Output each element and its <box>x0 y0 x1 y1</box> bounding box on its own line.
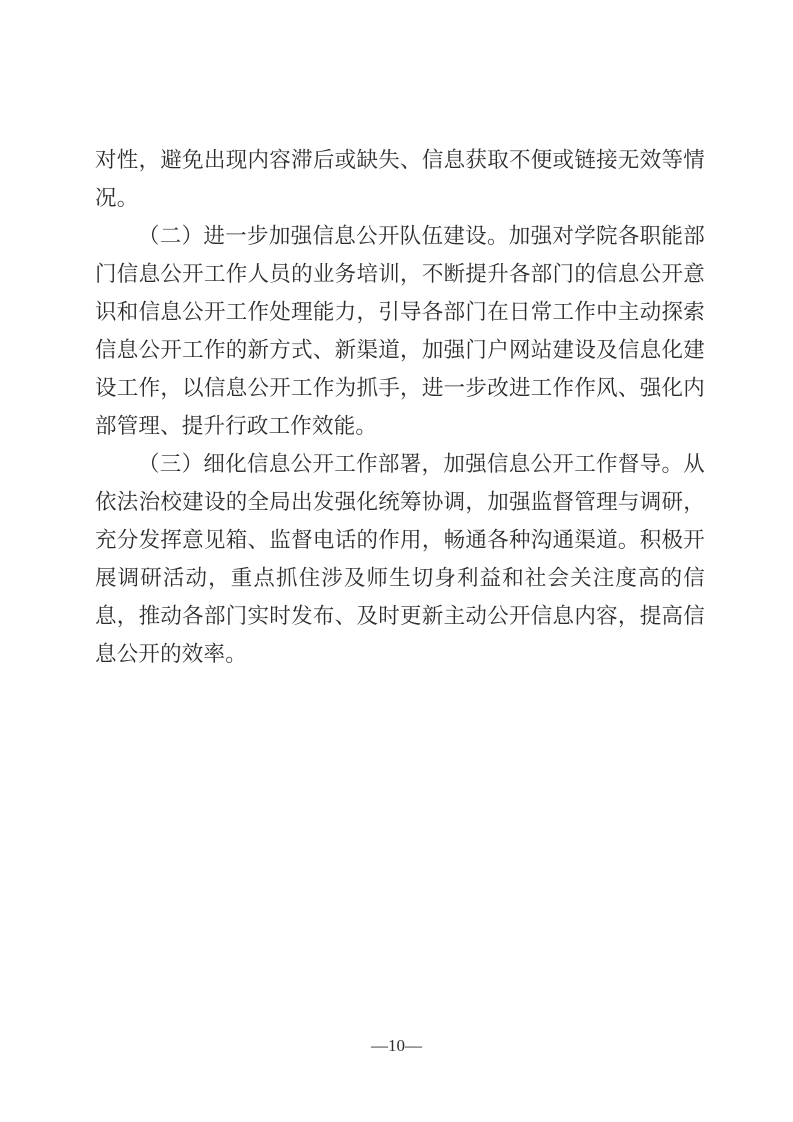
page-footer: —10— <box>0 1036 793 1056</box>
document-body: 对性，避免出现内容滞后或缺失、信息获取不便或链接无效等情况。 （二）进一步加强信… <box>95 141 705 673</box>
page-number: —10— <box>371 1036 422 1055</box>
paragraph-continuation: 对性，避免出现内容滞后或缺失、信息获取不便或链接无效等情况。 <box>95 141 705 217</box>
paragraph-item-2: （二）进一步加强信息公开队伍建设。加强对学院各职能部门信息公开工作人员的业务培训… <box>95 217 705 445</box>
paragraph-item-3: （三）细化信息公开工作部署，加强信息公开工作督导。从依法治校建设的全局出发强化统… <box>95 445 705 673</box>
document-page: 对性，避免出现内容滞后或缺失、信息获取不便或链接无效等情况。 （二）进一步加强信… <box>0 0 793 1122</box>
